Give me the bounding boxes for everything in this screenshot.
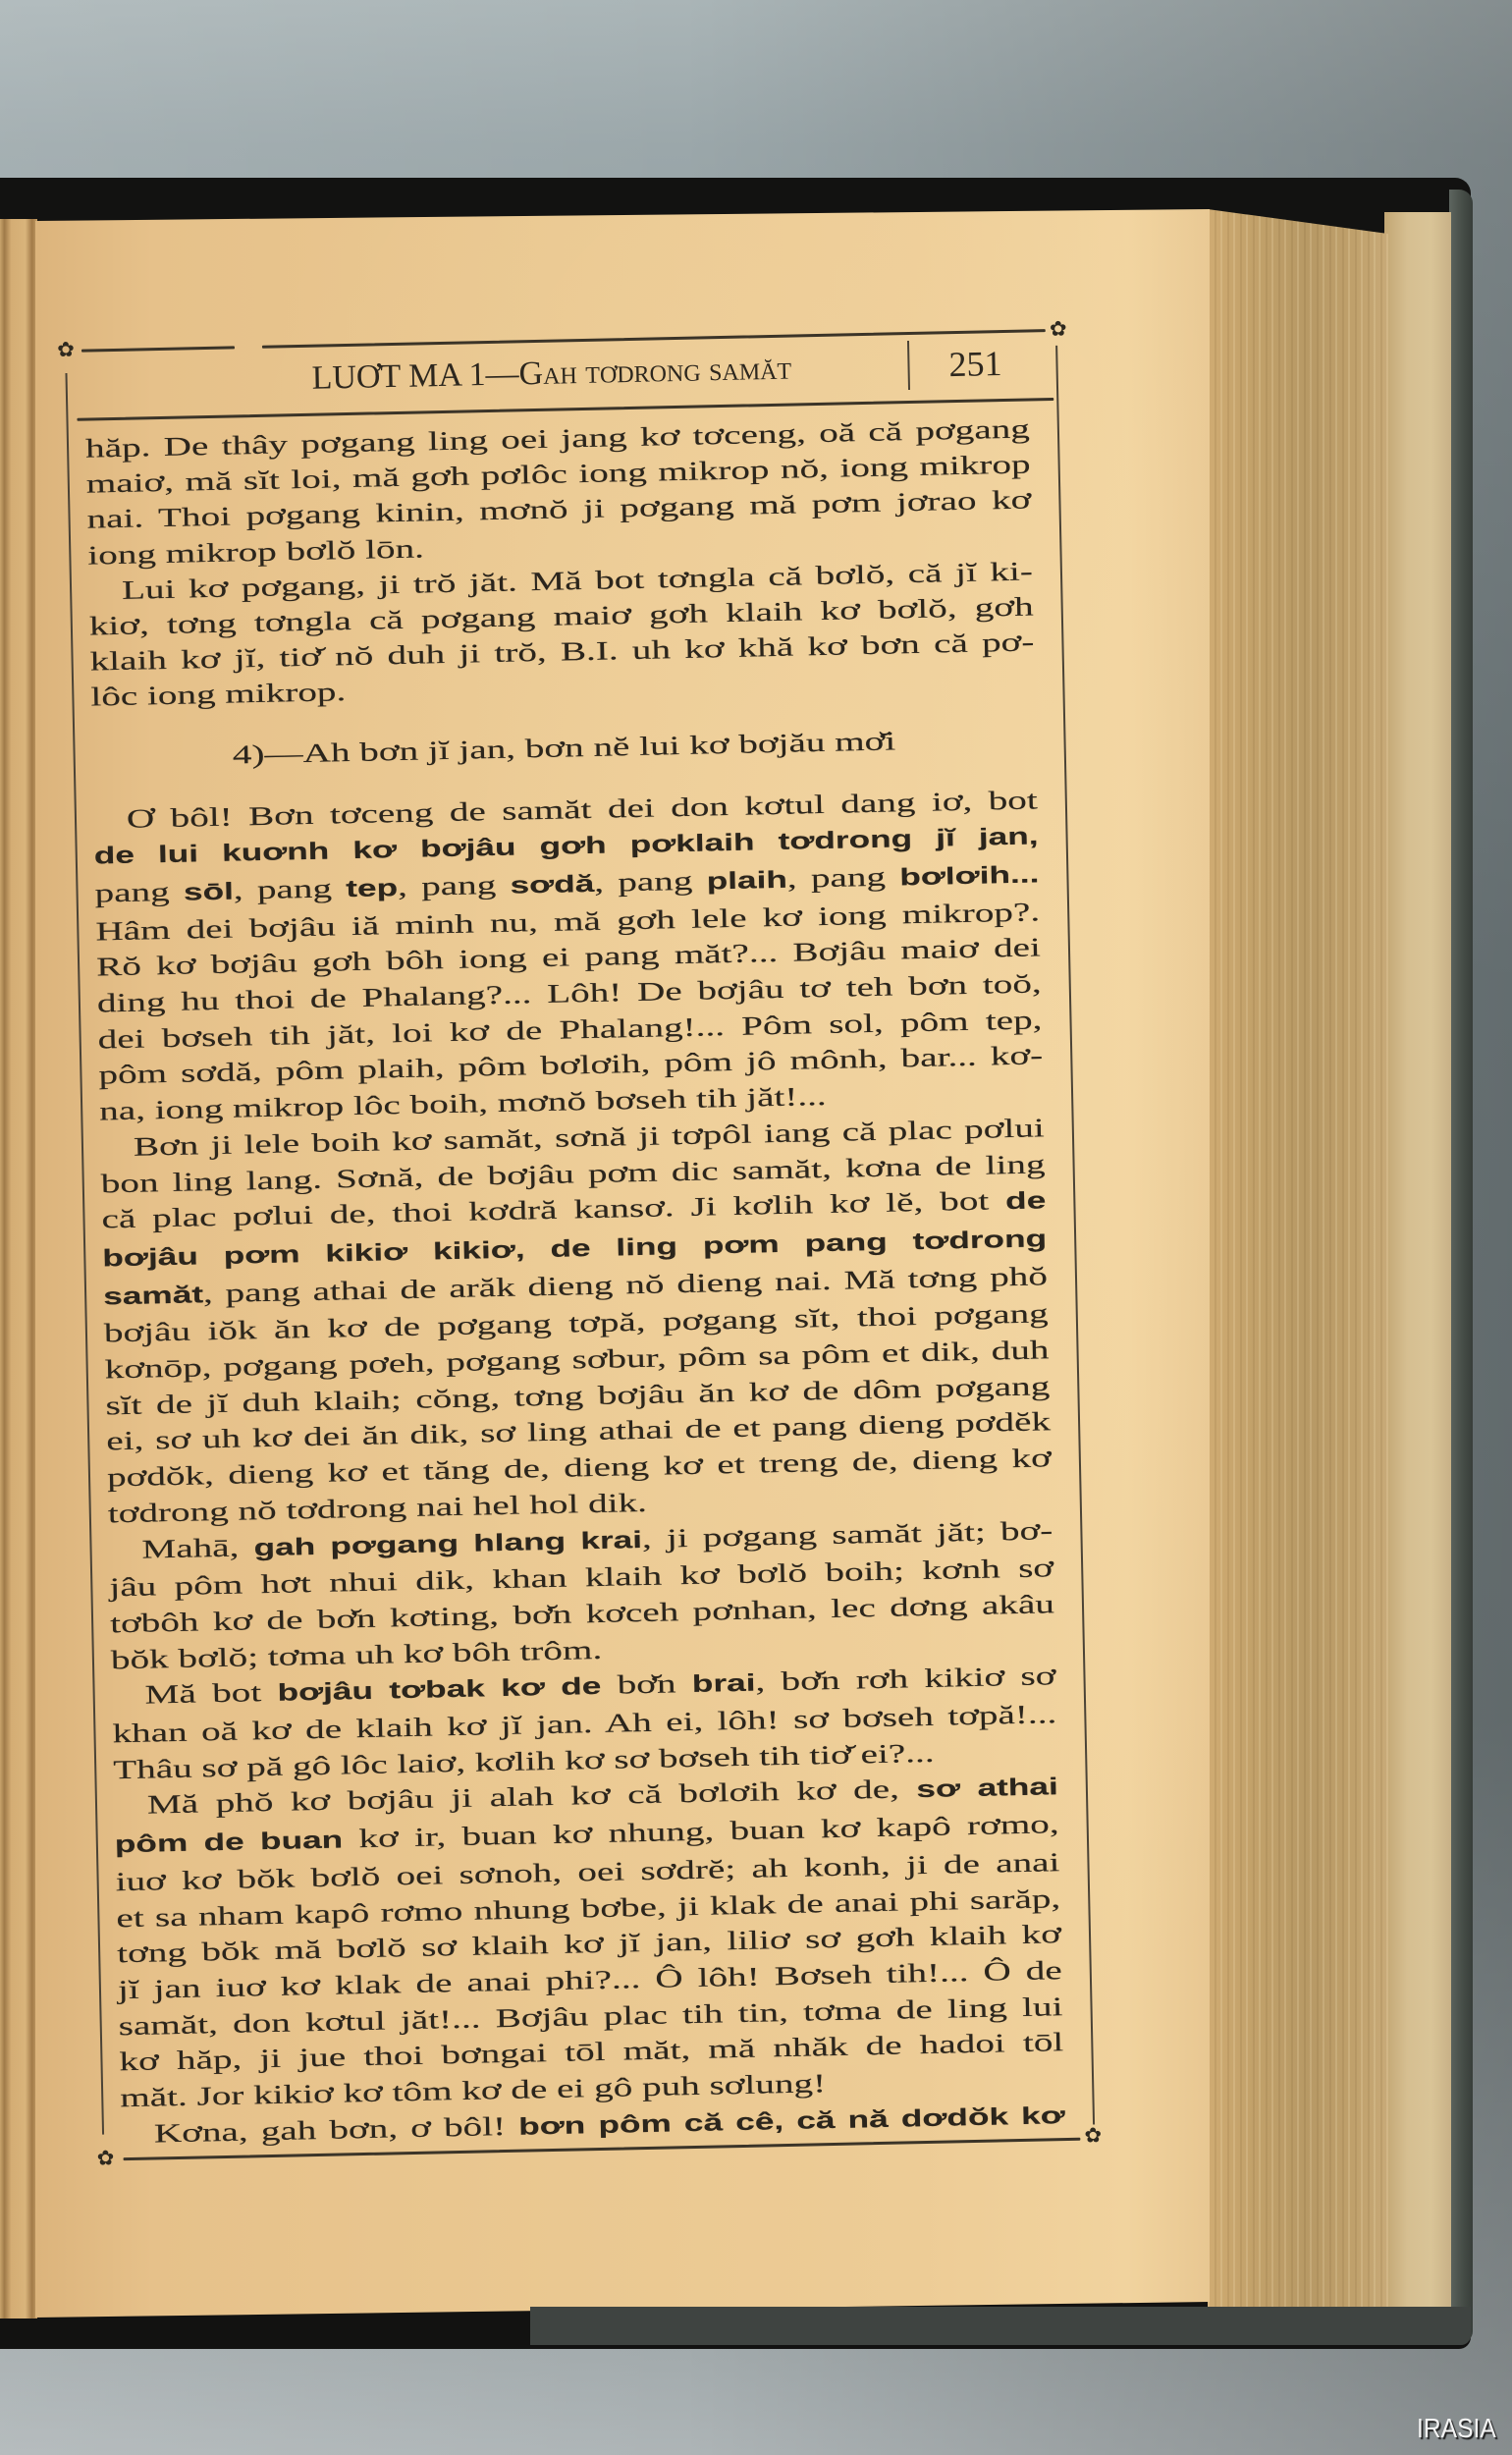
book-endpaper-edge: [1384, 212, 1451, 2323]
header-divider: [907, 341, 910, 390]
text-segment: , pang: [234, 873, 347, 904]
bold-text-segment: bơlơih...: [899, 861, 1040, 891]
chapter-label: LUƠT MA 1: [311, 356, 486, 397]
text-segment: , ji pơgang samăt jăt; bơ-: [642, 1515, 1053, 1554]
text-segment: , pang: [787, 861, 900, 893]
section-label: Gah tơdrong samăt: [518, 351, 791, 393]
book-cover-edge: [1449, 190, 1473, 2343]
text-segment: , pang: [398, 870, 511, 901]
page-number: 251: [948, 344, 1002, 384]
bold-text-segment: de: [1005, 1188, 1047, 1216]
text-segment: Mahā,: [141, 1532, 254, 1563]
flower-ornament-icon: ✿: [54, 337, 79, 362]
bold-text-segment: sōl: [184, 878, 234, 905]
bold-text-segment: brai: [692, 1670, 756, 1698]
text-segment: Mă bot: [144, 1677, 278, 1710]
page-frame: ✿ ✿ ✿ ✿ LUƠT MA 1—Gah tơdrong samăt 251 …: [66, 330, 1096, 2162]
flower-ornament-icon: ✿: [1081, 2122, 1106, 2148]
text-block: Ơ bôl! Bơn tơceng de samăt dei don kơtul…: [93, 782, 1066, 2155]
text-segment: bơ̆n: [601, 1668, 692, 1700]
bold-text-segment: sơ athai: [916, 1774, 1058, 1804]
facing-page-edge: [0, 219, 37, 2319]
text-segment: pang: [94, 877, 184, 908]
watermark: IRASIA: [1417, 2415, 1496, 2442]
flower-ornament-icon: ✿: [93, 2145, 118, 2170]
bold-text-segment: bơn pôm că cê, că nă dơdŏk kơ: [518, 2102, 1065, 2141]
bold-text-segment: pôm de buan: [115, 1828, 344, 1859]
book-bottom-edge: [530, 2307, 1471, 2345]
text-segment: Kơna, gah bơn, ơ bôl!: [154, 2111, 519, 2149]
header-separator: —: [485, 355, 519, 393]
bold-text-segment: bơjâu tơbak kơ de: [277, 1673, 601, 1707]
text-segment: , pang: [594, 865, 707, 897]
running-header-title: LUƠT MA 1—Gah tơdrong samăt: [311, 350, 791, 399]
bold-text-segment: plaih: [706, 867, 787, 896]
bold-text-segment: samăt: [103, 1282, 203, 1310]
page-fore-edge: [1208, 209, 1388, 2309]
section-heading: 4)—Ah bơn jĭ jan, bơn nĕ lui kơ bơjău mơ…: [91, 720, 1036, 775]
bold-text-segment: tep: [346, 875, 398, 902]
bold-text-segment: sơdă: [510, 871, 594, 900]
text-block: hăp. De thây pơgang ling oei jang kơ tơc…: [85, 410, 1036, 715]
bold-text-segment: gah pơgang hlang krai: [253, 1527, 642, 1561]
text-segment: , bơ̆n rơh kikiơ sơ: [755, 1662, 1056, 1697]
flower-ornament-icon: ✿: [1046, 316, 1070, 342]
